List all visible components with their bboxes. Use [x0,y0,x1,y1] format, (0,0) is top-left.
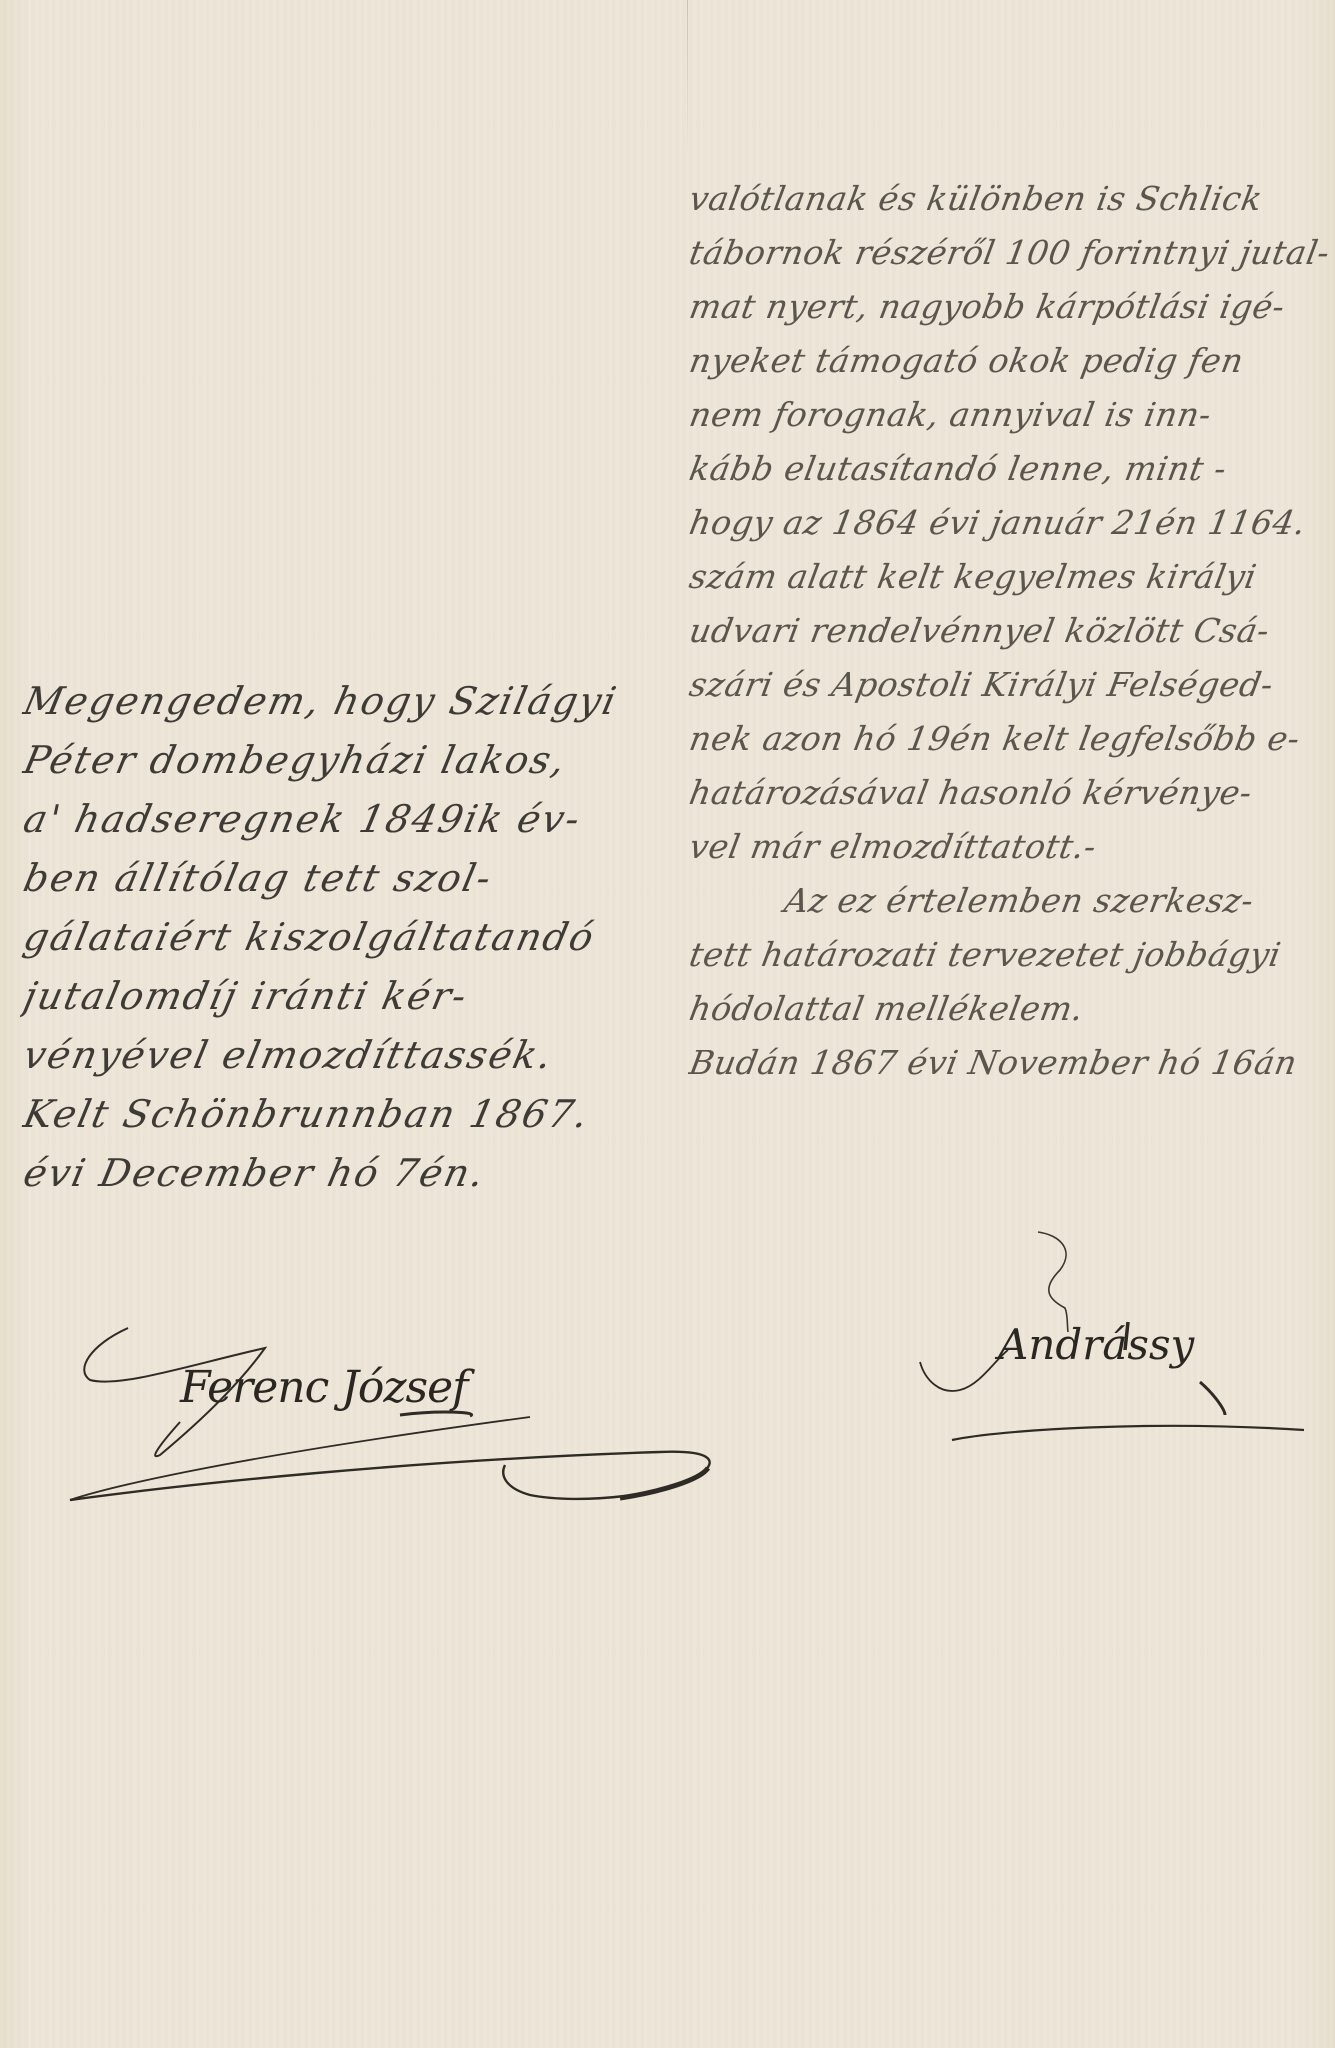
manuscript-line: Az ez értelemben szerkesz- [685,874,1335,928]
manuscript-line: jutalomdíj iránti kér- [18,967,691,1026]
manuscript-line: a' hadseregnek 1849ik év- [18,790,691,849]
manuscript-line: valótlanak és különben is Schlick [685,172,1335,226]
paper-fold-line [687,0,688,160]
manuscript-line: Kelt Schönbrunnban 1867. [18,1085,691,1144]
date-line: Budán 1867 évi November hó 16án [685,1036,1335,1090]
manuscript-line: gálataiért kiszolgáltatandó [18,908,691,967]
manuscript-line: nem forognak, annyival is inn- [685,388,1335,442]
manuscript-line: szám alatt kelt kegyelmes királyi [685,550,1335,604]
date-line: évi December hó 7én. [18,1144,691,1203]
manuscript-line: vényével elmozdíttassék. [18,1026,691,1085]
left-column-text: Megengedem, hogy Szilágyi Péter dombegyh… [18,672,678,1203]
manuscript-line: ben állítólag tett szol- [18,849,691,908]
manuscript-line: udvari rendelvénnyel közlött Csá- [685,604,1335,658]
manuscript-line: szári és Apostoli Királyi Felséged- [685,658,1335,712]
manuscript-line: vel már elmozdíttatott.- [685,820,1335,874]
signature-text: Ferenc József [180,1362,467,1413]
manuscript-line: nek azon hó 19én kelt legfelsőbb e- [685,712,1335,766]
manuscript-line: határozásával hasonló kérvénye- [685,766,1335,820]
manuscript-line: hogy az 1864 évi január 21én 1164. [685,496,1335,550]
manuscript-line: tett határozati tervezetet jobbágyi [685,928,1335,982]
signature-text: Andrássy [998,1320,1194,1369]
signature-andrassy: Andrássy [900,1220,1320,1460]
manuscript-line: kább elutasítandó lenne, mint - [685,442,1335,496]
signature-flourish-icon [60,1310,720,1530]
signature-ferenc-jozsef: Ferenc József [60,1310,720,1530]
right-column-text: valótlanak és különben is Schlick táborn… [685,172,1335,1090]
manuscript-line: nyeket támogató okok pedig fen [685,334,1335,388]
manuscript-line: tábornok részéről 100 forintnyi jutal- [685,226,1335,280]
manuscript-line: Péter dombegyházi lakos, [18,731,691,790]
manuscript-line: mat nyert, nagyobb kárpótlási igé- [685,280,1335,334]
manuscript-line: Megengedem, hogy Szilágyi [18,672,691,731]
manuscript-line: hódolattal mellékelem. [685,982,1335,1036]
